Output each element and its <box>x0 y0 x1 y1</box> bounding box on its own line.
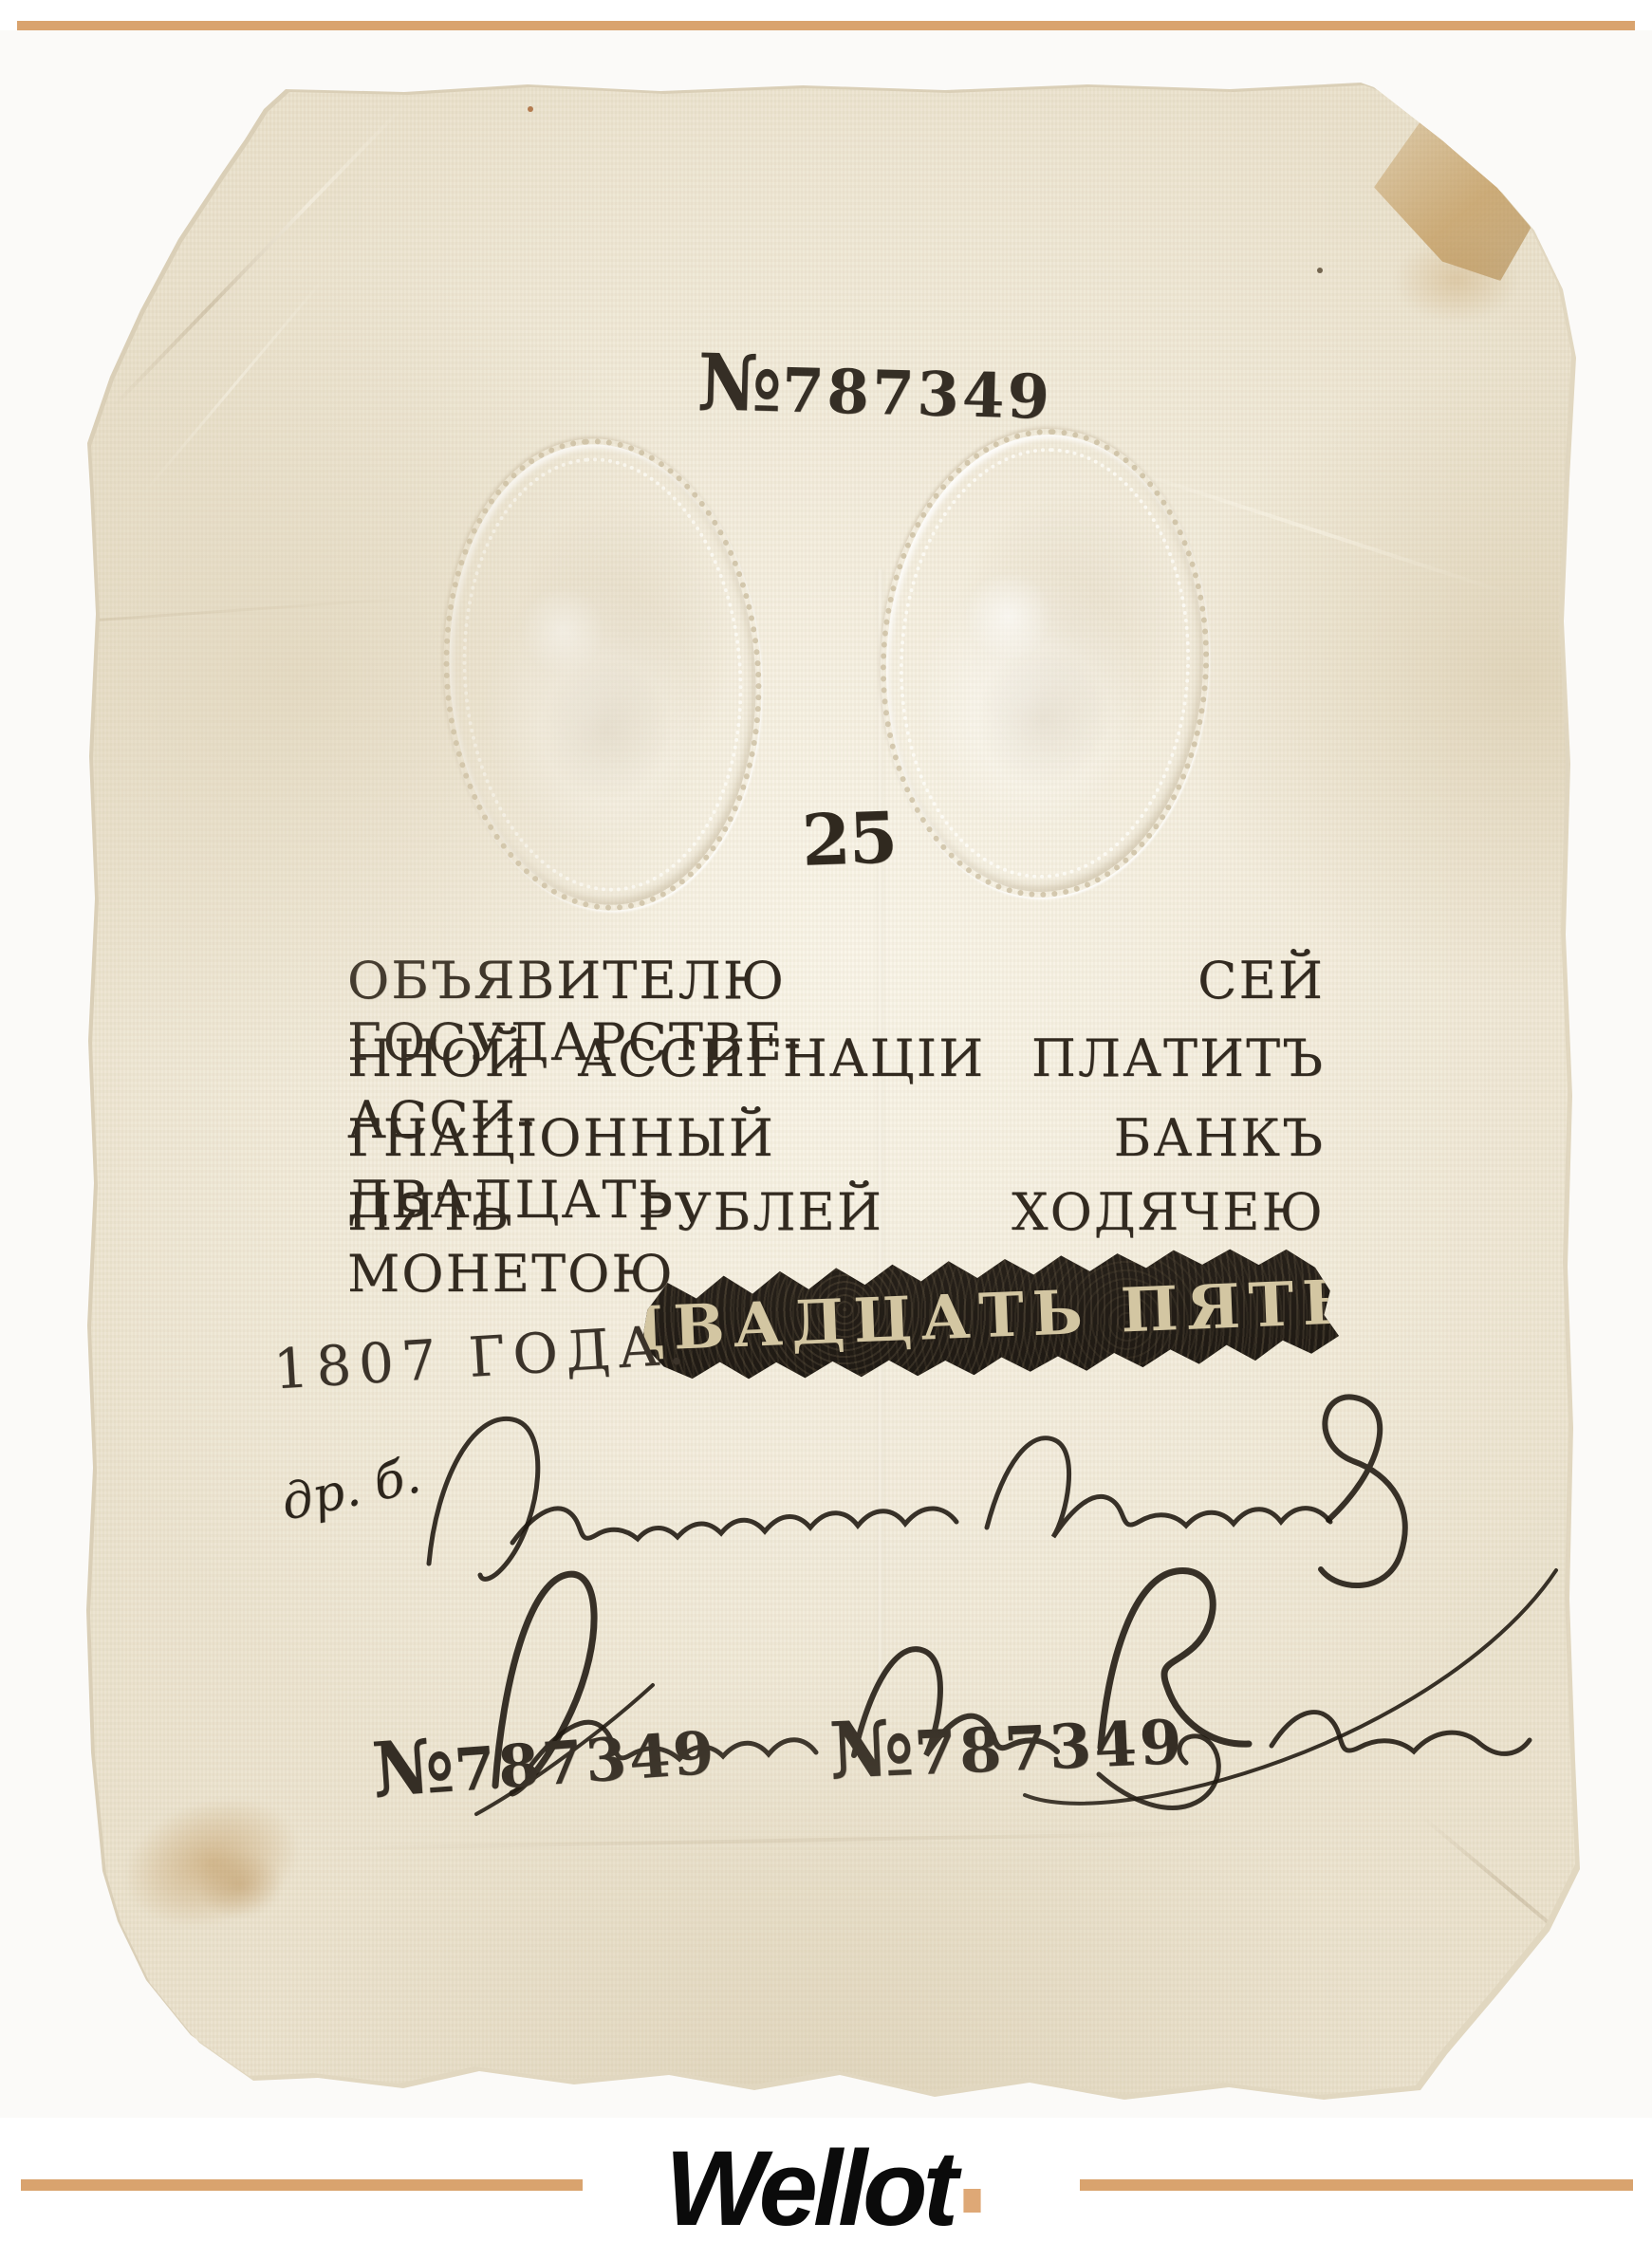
page: №787349 25 ОБЪЯВИТЕЛЮ СЕЙ ГОСУДАРСТВЕ- Н… <box>0 0 1652 2260</box>
obligation-text-line-3: ГНАЦІОННЫЙ БАНКЪ ДВАДЦАТЬ <box>347 1108 1325 1232</box>
denomination-stamp-text: ДВАДЦАТЬ ПЯТЬ <box>609 1266 1362 1365</box>
obligation-text-line-2: ННОЙ АССИГНАЦІИ ПЛАТИТЪ АССИ- <box>347 1028 1325 1152</box>
stain-bottom-left <box>107 1776 317 1949</box>
paper-crease <box>1129 469 1518 599</box>
paper-crease <box>141 276 326 496</box>
brand-logo-period: . <box>956 2066 990 2251</box>
ink-speck <box>1317 268 1323 273</box>
denomination-numeral: 25 <box>801 797 898 881</box>
paper-crease <box>90 595 431 621</box>
paper-crease <box>877 569 883 1689</box>
serial-number-bottom-right: №787349 <box>827 1691 1186 1797</box>
series-text: др. б. <box>276 1447 425 1531</box>
embossed-seal-left <box>428 428 777 921</box>
date-text: 1807 ГОДА. <box>271 1312 694 1402</box>
embossed-seal-right <box>872 423 1216 903</box>
brand-logo: Wellot. <box>0 2127 1652 2251</box>
paper-crease <box>304 1830 1253 1850</box>
stain-bottom-left <box>197 1852 283 1918</box>
signatures <box>228 1357 1613 1888</box>
brand-logo-text: Wellot <box>665 2129 954 2248</box>
stain-top-right <box>1395 237 1518 323</box>
denomination-stamp: ДВАДЦАТЬ ПЯТЬ <box>632 1243 1340 1389</box>
serial-number-top: №787349 <box>696 337 1054 437</box>
obligation-text-line-4: ПЯТЬ РУБЛЕЙ ХОДЯЧЕЮ МОНЕТОЮ <box>347 1182 1325 1306</box>
banknote-photo: №787349 25 ОБЪЯВИТЕЛЮ СЕЙ ГОСУДАРСТВЕ- Н… <box>0 0 1652 2260</box>
serial-number-bottom-left: №787349 <box>369 1701 719 1814</box>
ink-speck <box>528 106 533 112</box>
obligation-text-line-1: ОБЪЯВИТЕЛЮ СЕЙ ГОСУДАРСТВЕ- <box>347 951 1325 1074</box>
top-accent-rule <box>17 21 1635 30</box>
ink-speck <box>399 1226 402 1230</box>
